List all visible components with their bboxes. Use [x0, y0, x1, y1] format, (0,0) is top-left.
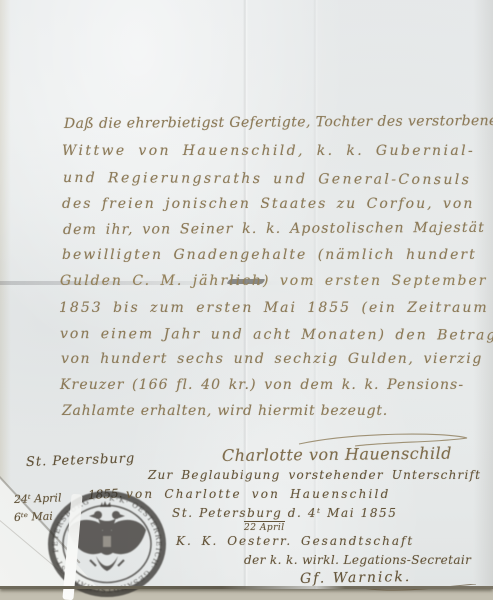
- handwriting-line: von einem Jahr und acht Monaten) den Bet…: [60, 326, 493, 344]
- handwriting-line: 1853 bis zum ersten Mai 1855 (ein Zeitra…: [59, 300, 489, 316]
- attestation-line: St. Petersburg d. 4ᵗ Mai 1855: [172, 506, 398, 520]
- handwriting-line: Wittwe von Hauenschild, k. k. Gubernial-: [62, 143, 475, 159]
- handwriting-line: Zahlamte erhalten, wird hiermit bezeugt.: [62, 403, 388, 419]
- handwriting-line: von hundert sechs und sechzig Gulden, vi…: [61, 351, 483, 367]
- handwriting-line: Daß die ehrerbietigst Gefertigte, Tochte…: [64, 113, 493, 132]
- handwriting-line: Gulden C. M. jährlich) vom ersten Septem…: [60, 273, 487, 289]
- handwriting-line: des freien jonischen Staates zu Corfou, …: [62, 196, 474, 212]
- attestation-line: Zur Beglaubigung vorstehender Unterschri…: [148, 468, 481, 482]
- handwriting-line: bewilligten Gnadengehalte (nämlich hunde…: [62, 247, 477, 263]
- attestation-alt-date: 22 April: [244, 521, 285, 533]
- attestation-line: von Charlotte von Hauenschild: [126, 487, 390, 501]
- paper-bottom-edge: [0, 586, 493, 589]
- attestation-line: der k. k. wirkl. Legations-Secretair: [244, 553, 471, 567]
- handwriting-line: Kreuzer (166 fl. 40 kr.) von dem k. k. P…: [60, 377, 464, 393]
- handwriting-line: und Regierungsraths und General-Consuls: [63, 170, 471, 188]
- scanned-letter: Daß die ehrerbietigst Gefertigte, Tochte…: [0, 0, 493, 600]
- signature-charlotte: Charlotte von Hauenschild: [222, 444, 452, 465]
- attestation-line: K. K. Oesterr. Gesandtschaft: [176, 534, 414, 548]
- handwriting-line: dem ihr, von Seiner k. k. Apostolischen …: [63, 220, 485, 238]
